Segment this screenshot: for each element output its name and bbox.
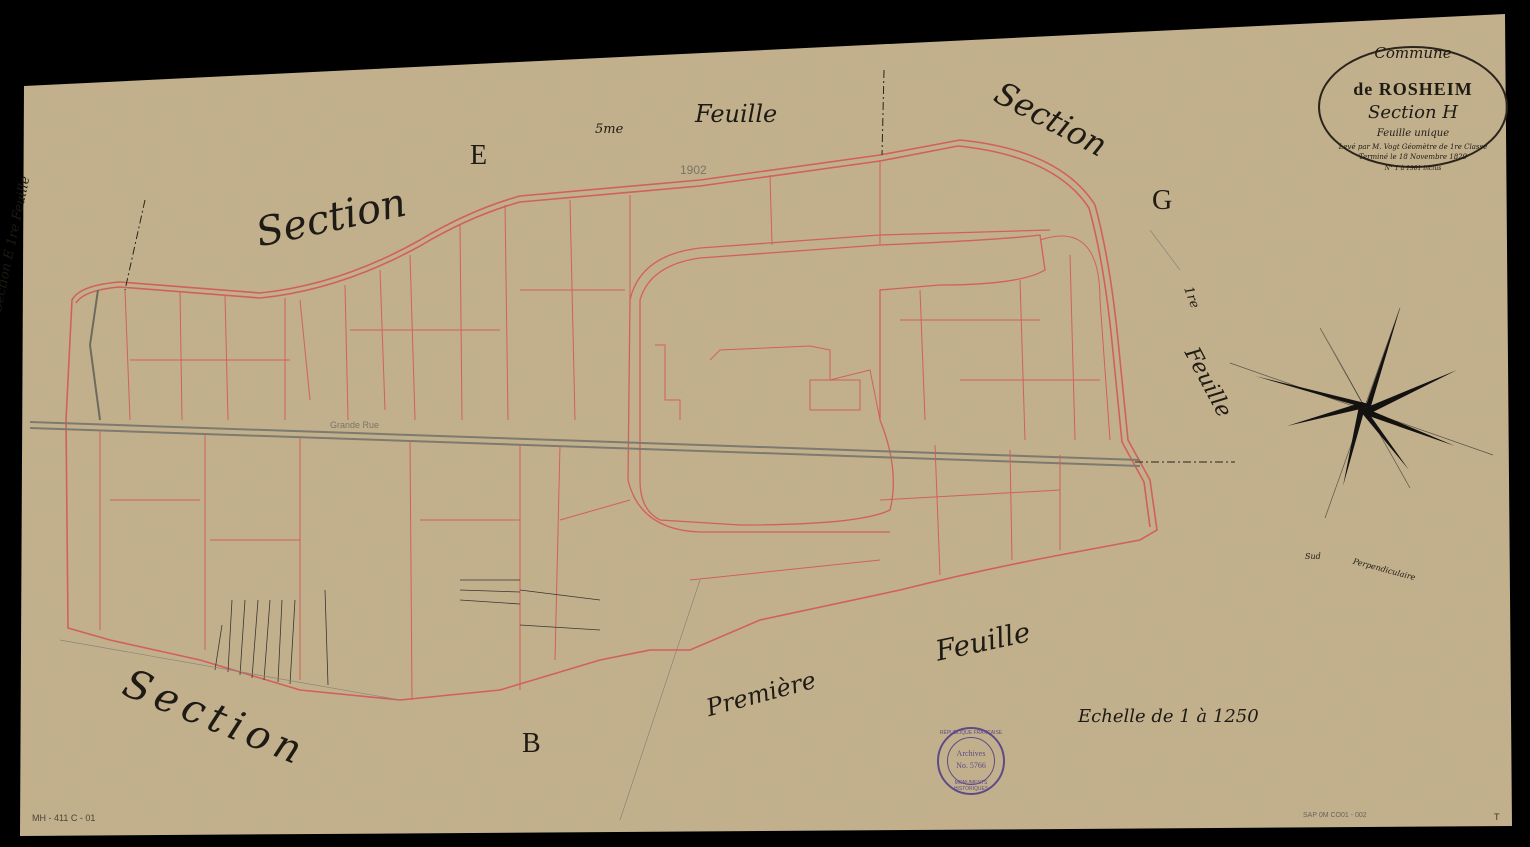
stamp-label: Archives — [939, 749, 1003, 758]
map-scale: Echelle de 1 à 1250 — [1078, 706, 1259, 727]
archive-ref-left: MH - 411 C - 01 — [32, 813, 95, 823]
corner-mark: T — [1494, 812, 1500, 822]
completion-date: Terminé le 18 Novembre 1829 — [1320, 153, 1506, 161]
street-name-label: Grande Rue — [330, 420, 379, 430]
commune-label: Commune — [1320, 44, 1506, 62]
cadastral-map: Commune de ROSHEIM Section H Feuille uni… — [0, 0, 1530, 847]
pencil-annotation: 1902 — [680, 163, 707, 177]
archives-stamp: RÉPUBLIQUE FRANÇAISE Archives No. 5766 M… — [937, 727, 1005, 795]
surveyor-note: Levé par M. Vogt Géomètre de 1re Classe — [1320, 143, 1506, 151]
title-cartouche: Commune de ROSHEIM Section H Feuille uni… — [1318, 46, 1508, 168]
stamp-ring-top: RÉPUBLIQUE FRANÇAISE — [939, 730, 1003, 736]
section-e-sheet-word: Feuille — [695, 100, 777, 128]
section-g-letter: G — [1152, 185, 1172, 217]
compass-note-south: Sud — [1305, 552, 1321, 561]
section-e-sheet-number: 5me — [595, 122, 623, 137]
section-e-letter: E — [470, 140, 487, 172]
section-b-letter: B — [522, 728, 541, 760]
section-title: Section H — [1320, 102, 1506, 123]
parcel-range-note: N° 1 à 1301 inclus — [1320, 165, 1506, 172]
stamp-number: No. 5766 — [939, 761, 1003, 770]
stamp-ring-bottom: MONUMENTS HISTORIQUES — [939, 780, 1003, 792]
commune-name: de ROSHEIM — [1320, 79, 1506, 100]
archive-ref-right: SAP 0M CO01 - 002 — [1303, 812, 1367, 819]
sheet-label: Feuille unique — [1320, 128, 1506, 139]
